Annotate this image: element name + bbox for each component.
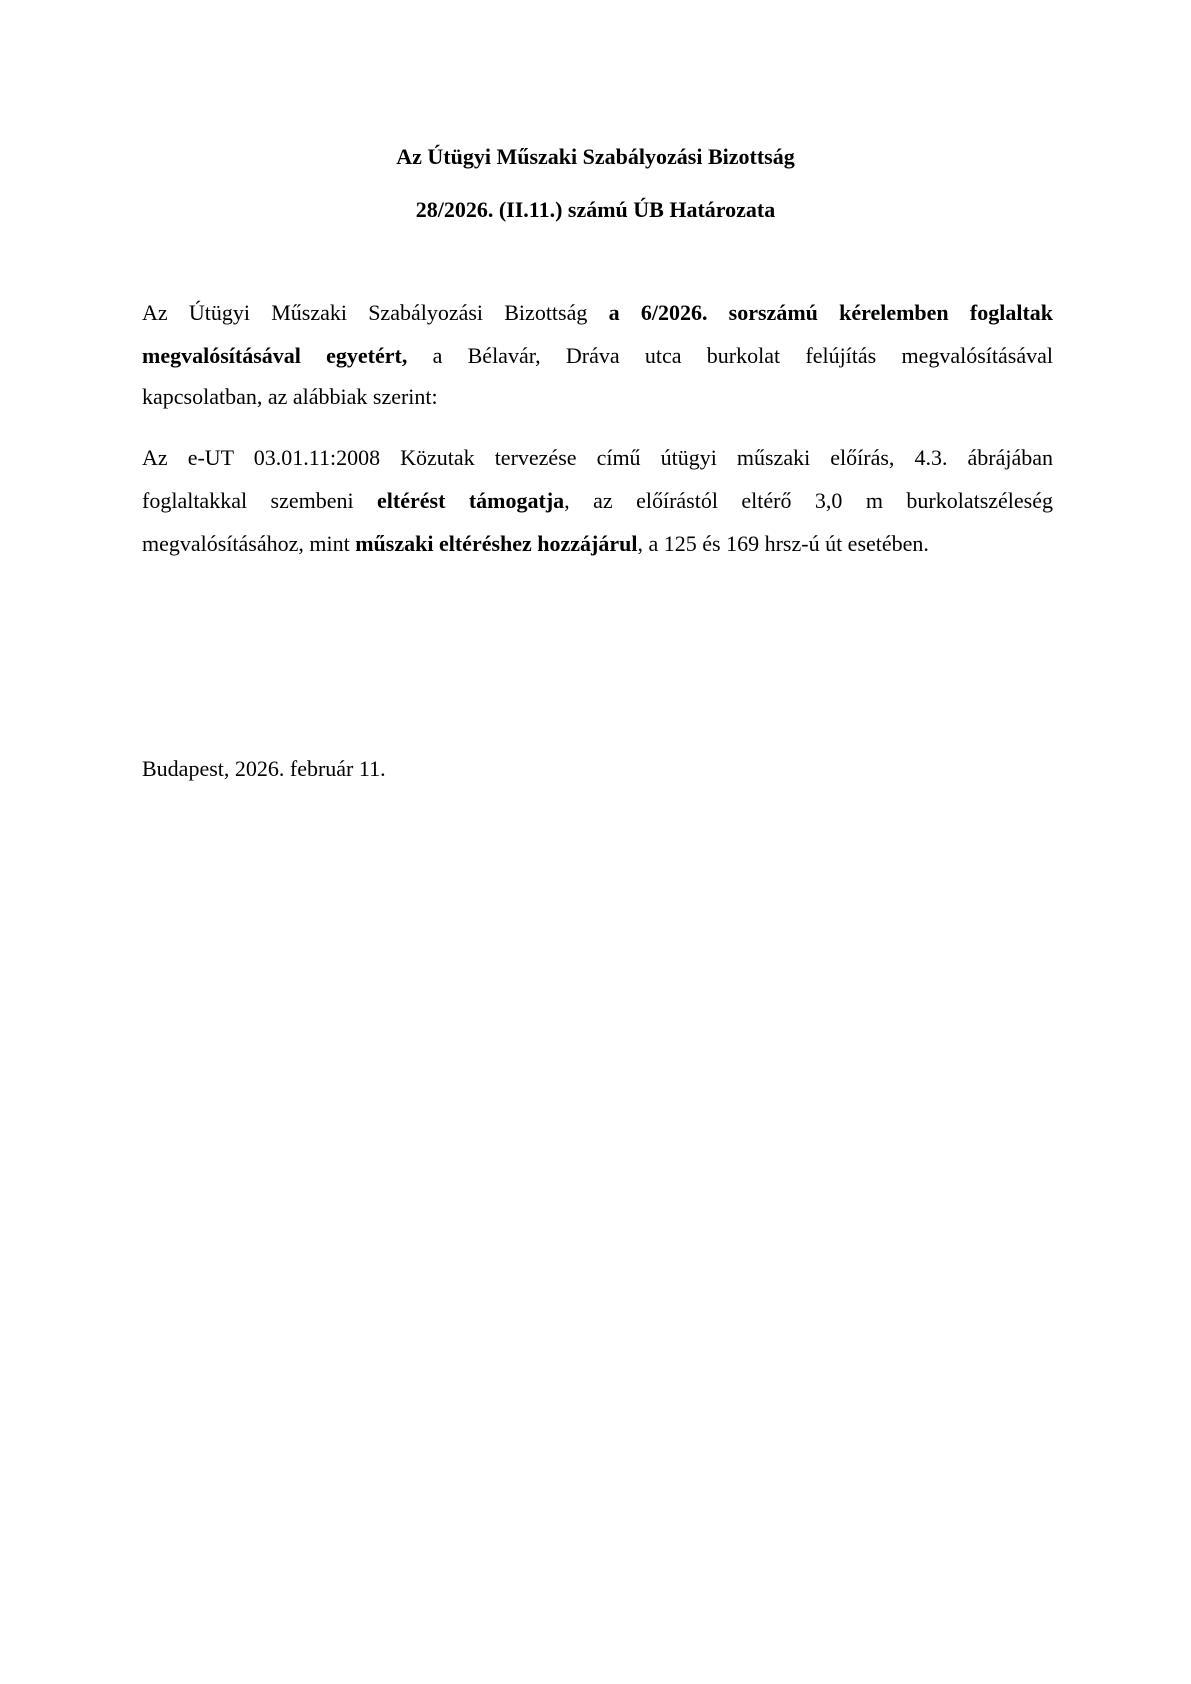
text: foglaltakkal szembeni (142, 488, 354, 513)
text: megvalósításához, mint (142, 531, 350, 556)
bold-text: eltérést támogatja (377, 488, 564, 513)
text: , a 125 és 169 hrsz-ú út esetében. (638, 531, 929, 556)
bold-text: a 6/2026. sorszámú kérelemben foglaltak (609, 300, 1053, 325)
paragraph-decision: Az Útügyi Műszaki Szabályozási Bizottság… (142, 291, 1053, 417)
paragraph-details-line-2: foglaltakkal szembeni eltérést támogatja… (142, 479, 1053, 522)
text: , az előírástól eltérő 3,0 m burkolatszé… (564, 488, 1053, 513)
text: Az Útügyi Műszaki Szabályozási Bizottság (142, 300, 587, 325)
resolution-number: 28/2026. (II.11.) számú ÚB Határozata (0, 197, 1191, 223)
text: Az e-UT 03.01.11:2008 Közutak tervezése … (142, 445, 1053, 470)
document-page: Az Útügyi Műszaki Szabályozási Bizottság… (0, 0, 1191, 1684)
text: a Bélavár, Dráva utca burkolat felújítás… (433, 343, 1053, 368)
bold-text: megvalósításával egyetért, (142, 343, 407, 368)
paragraph-decision-line-1: Az Útügyi Műszaki Szabályozási Bizottság… (142, 291, 1053, 334)
bold-text: műszaki eltéréshez hozzájárul (355, 531, 637, 556)
place-and-date: Budapest, 2026. február 11. (142, 747, 386, 790)
text: kapcsolatban, az alábbiak szerint: (142, 384, 438, 409)
paragraph-decision-line-3: kapcsolatban, az alábbiak szerint: (142, 377, 1053, 417)
document-title: Az Útügyi Műszaki Szabályozási Bizottság (0, 144, 1191, 170)
paragraph-details: Az e-UT 03.01.11:2008 Közutak tervezése … (142, 436, 1053, 565)
paragraph-decision-line-2: megvalósításával egyetért, a Bélavár, Dr… (142, 334, 1053, 377)
paragraph-details-line-1: Az e-UT 03.01.11:2008 Közutak tervezése … (142, 436, 1053, 479)
paragraph-details-line-3: megvalósításához, mint műszaki eltéréshe… (142, 522, 1053, 565)
